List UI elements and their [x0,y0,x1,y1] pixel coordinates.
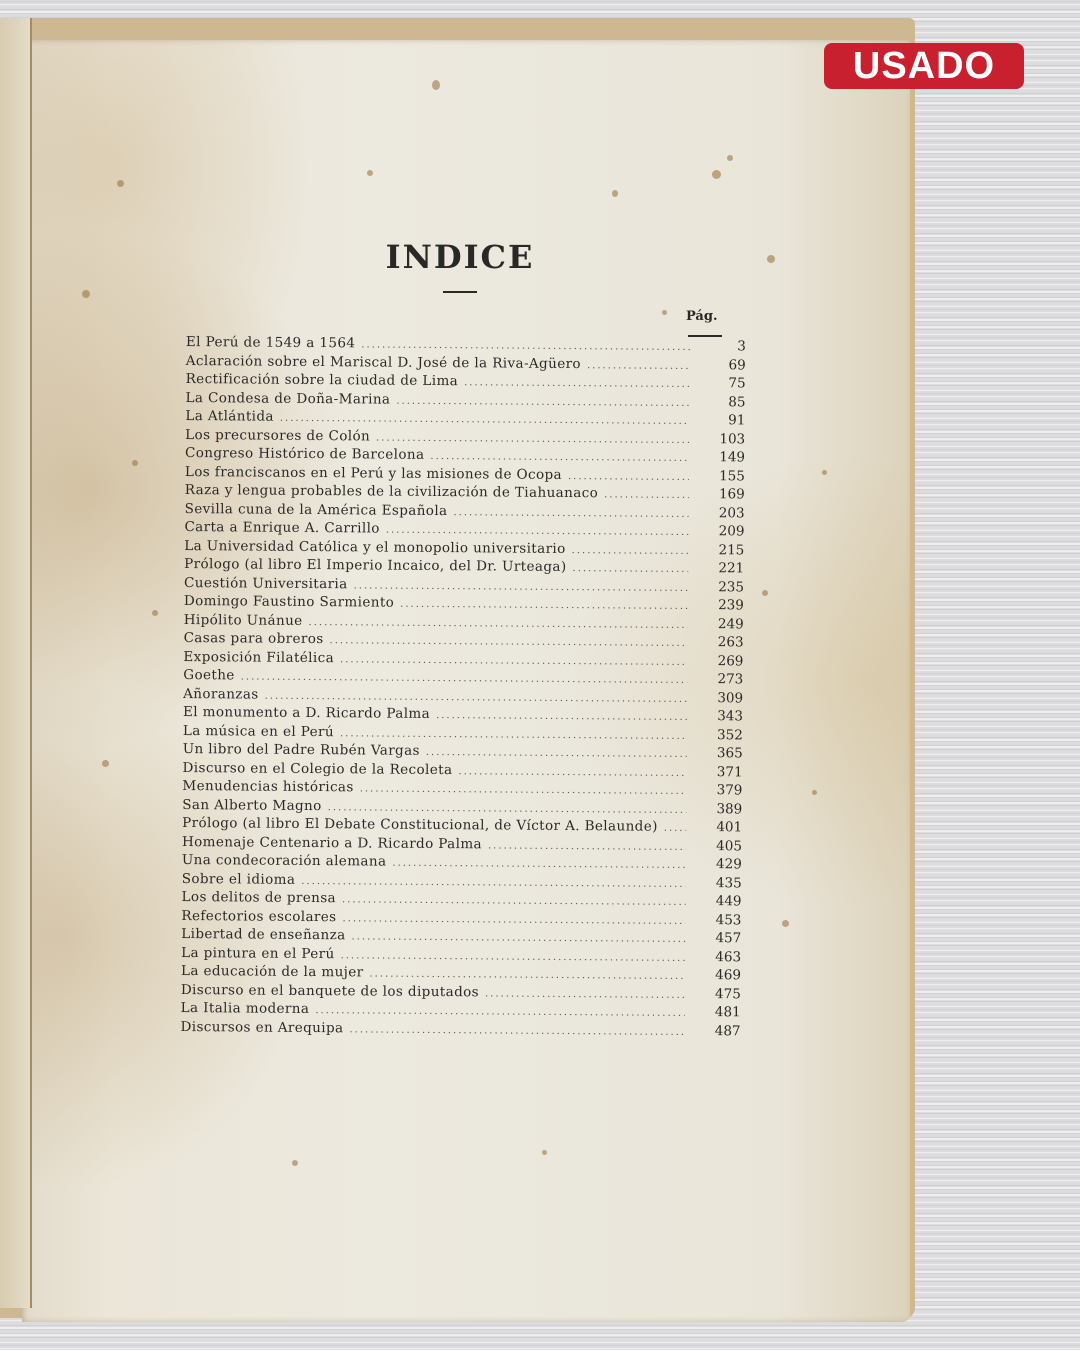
toc-entry-title: Sobre el idioma [182,870,302,887]
toc-entry-title: Añoranzas [183,685,265,702]
toc-entry-page: 273 [687,671,743,687]
toc-entry-title: Sevilla cuna de la América Española [185,500,454,518]
toc-entry-title: Una condecoración alemana [182,852,393,870]
toc-entry-title: Discurso en el Colegio de la Recoleta [183,759,459,777]
toc-entry-page: 463 [685,948,741,964]
toc-entry-title: Discursos en Arequipa [180,1018,349,1035]
toc-entry-page: 343 [687,708,743,724]
toc-entry-title: Prólogo (al libro El Imperio Incaico, de… [184,556,572,575]
toc-entry-title: Rectificación sobre la ciudad de Lima [186,371,465,389]
toc-entry-page: 91 [689,412,745,428]
toc-entry-title: Domingo Faustino Sarmiento [184,593,400,611]
toc-entry-title: Casas para obreros [184,630,330,647]
dot-leader [458,766,686,779]
toc-entry-title: El Perú de 1549 a 1564 [186,334,362,351]
dot-leader [572,545,689,557]
toc-entry-page: 75 [690,375,746,391]
page-column-label: Pág. [686,309,717,324]
toc-entry-title: La Italia moderna [181,1000,316,1017]
dot-leader [604,489,689,501]
toc-entry-page: 85 [689,393,745,409]
toc-entry-title: Aclaración sobre el Mariscal D. José de … [186,352,587,371]
toc-entry-page: 103 [689,430,745,446]
dot-leader [430,451,689,464]
dot-leader [568,471,689,483]
toc-entry-title: Refectorios escolares [181,907,342,924]
toc-entry-page: 235 [688,578,744,594]
toc-entry-page: 405 [686,837,742,853]
toc-entry-page: 309 [687,689,743,705]
dot-leader [361,339,690,353]
table-of-contents: El Perú de 1549 a 15643Aclaración sobre … [180,334,746,1041]
toc-entry-title: Cuestión Universitaria [184,574,354,591]
toc-entry-title: La educación de la mujer [181,963,370,980]
dot-leader [376,432,689,445]
dot-leader [426,747,687,760]
dot-leader [488,840,686,853]
dot-leader [396,395,689,408]
dot-leader [340,654,687,668]
dot-leader [436,710,687,723]
toc-entry-title: Homenaje Centenario a D. Ricardo Palma [182,833,488,851]
toc-entry-page: 209 [688,523,744,539]
toc-entry-title: Los franciscanos en el Perú y las mision… [185,463,568,482]
toc-entry-page: 149 [689,449,745,465]
dot-leader [280,413,690,427]
dot-leader [349,1024,684,1038]
toc-entry-title: La pintura en el Perú [181,944,341,961]
toc-entry-title: Exposición Filatélica [183,648,340,665]
dot-leader [265,690,688,704]
toc-entry-page: 239 [688,597,744,613]
toc-entry-page: 449 [685,893,741,909]
page-title: INDICE [380,238,540,276]
dot-leader [572,563,688,575]
toc-entry-title: Carta a Enrique A. Carrillo [184,519,385,537]
toc-entry-page: 263 [688,634,744,650]
toc-entry-title: Prólogo (al libro El Debate Constitucion… [182,815,664,835]
toc-entry-page: 69 [690,356,746,372]
toc-entry-page: 475 [685,985,741,1001]
dot-leader [341,950,686,964]
dot-leader [392,858,686,871]
dot-leader [315,1005,684,1019]
dot-leader [301,875,685,889]
toc-entry-page: 453 [685,911,741,927]
title-divider [443,291,477,293]
dot-leader [400,599,688,612]
toc-entry-title: Congreso Histórico de Barcelona [185,445,431,463]
toc-entry-page: 435 [686,874,742,890]
toc-entry-title: La música en el Perú [183,722,340,739]
dot-leader [352,931,686,945]
dot-leader [330,635,688,649]
dot-leader [587,360,690,372]
page-column-divider [688,335,722,337]
toc-entry-title: La Condesa de Doña-Marina [185,389,396,407]
toc-entry-title: Raza y lengua probables de la civilizaci… [185,482,605,501]
dot-leader [340,728,687,742]
toc-entry-title: San Alberto Magno [182,796,328,813]
toc-entry-title: Discurso en el banquete de los diputados [181,981,485,999]
toc-entry-page: 249 [688,615,744,631]
toc-entry-page: 457 [685,930,741,946]
toc-entry-page: 215 [688,541,744,557]
toc-entry-page: 221 [688,560,744,576]
toc-entry-page: 469 [685,967,741,983]
toc-entry-page: 389 [686,800,742,816]
toc-entry-title: Un libro del Padre Rubén Vargas [183,741,426,759]
toc-entry-title: Menudencias históricas [182,778,359,795]
dot-leader [369,968,685,981]
toc-entry-title: El monumento a D. Ricardo Palma [183,704,436,722]
toc-entry-title: Los precursores de Colón [185,426,376,443]
toc-entry-page: 365 [687,745,743,761]
dot-leader [664,823,686,834]
dot-leader [241,671,688,686]
dot-leader [342,894,686,908]
toc-entry-page: 269 [687,652,743,668]
toc-entry-title: Los delitos de prensa [182,889,343,906]
toc-entry-title: La Atlántida [185,408,280,425]
dot-leader [453,507,688,520]
toc-entry-title: Libertad de enseñanza [181,926,351,943]
toc-entry-page: 352 [687,726,743,742]
toc-entry-page: 371 [687,763,743,779]
toc-entry-page: 203 [689,504,745,520]
dot-leader [342,913,685,927]
left-page-edge [0,18,32,1308]
toc-entry-title: Goethe [183,667,241,683]
dot-leader [386,525,689,538]
toc-entry-page: 155 [689,467,745,483]
toc-entry-page: 169 [689,486,745,502]
toc-entry-page: 379 [686,782,742,798]
toc-entry-page: 487 [684,1022,740,1038]
toc-entry-page: 481 [685,1004,741,1020]
toc-entry-title: Hipólito Unánue [184,611,309,628]
dot-leader [328,802,687,816]
dot-leader [464,377,690,390]
dot-leader [309,616,688,630]
dot-leader [485,988,685,1001]
toc-entry-page: 401 [686,819,742,835]
used-badge: USADO [824,43,1024,89]
dot-leader [360,783,687,797]
toc-entry-title: La Universidad Católica y el monopolio u… [184,537,572,556]
dot-leader [354,580,688,594]
toc-entry-page: 3 [690,338,746,354]
toc-entry-page: 429 [686,856,742,872]
